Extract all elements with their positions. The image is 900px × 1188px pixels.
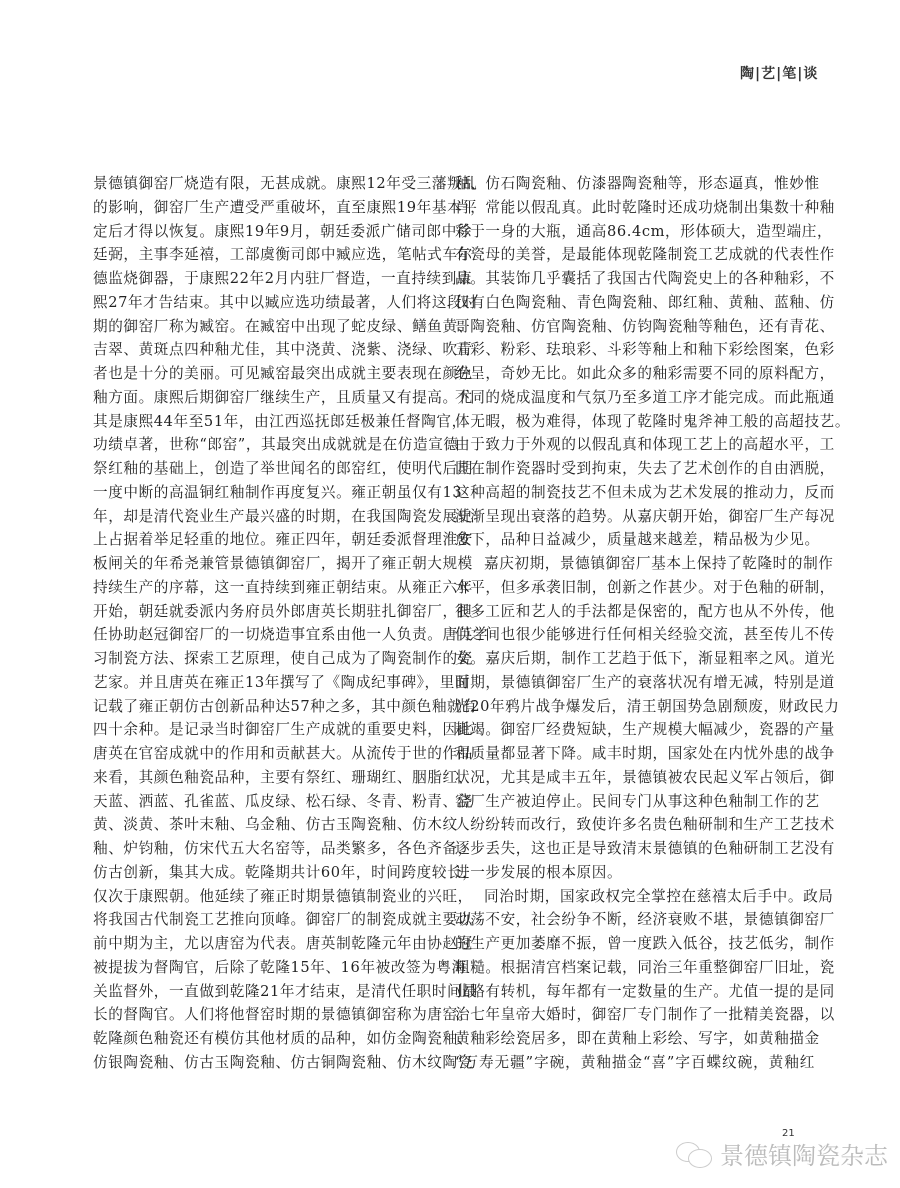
text-line: 将我国古代制瓷工艺推向顶峰。御窑厂的制瓷成就主要以 [93, 908, 453, 932]
text-line: 祭红釉的基础上，创造了举世闻名的郎窑红，使明代后期 [93, 457, 453, 481]
text-line: 彩于一身的大瓶，通高86.4cm，形体硕大，造型端庄， [455, 220, 815, 244]
text-line: 期的御窑厂称为臧窑。在臧窑中出现了蛇皮绿、鳝鱼黄、 [93, 315, 453, 339]
text-line: 匠在制作瓷器时受到拘束，失去了艺术创作的自由洒脱， [455, 457, 815, 481]
section-header: 陶|艺|笔|谈 [740, 63, 818, 83]
text-line: 年，却是清代瓷业生产最兴盛的时期，在我国陶瓷发展史 [93, 505, 453, 529]
text-line: 四十余种。是记录当时御窑厂生产成就的重要史料，因此 [93, 718, 453, 742]
text-line: 哥陶瓷釉、仿官陶瓷釉、仿钧陶瓷釉等釉色，还有青花、 [455, 315, 815, 339]
text-line: 进一步发展的根本原因。 [455, 861, 815, 885]
text-line: 嘉庆初期，景德镇御窑厂基本上保持了乾隆时的制作 [455, 552, 815, 576]
text-line: 习制瓷方法、探索工艺原理，使自己成为了陶瓷制作的瓷 [93, 647, 453, 671]
text-line: 这种高超的制瓷技艺不但未成为艺术发展的推动力，反而 [455, 481, 815, 505]
text-line: 任协助赵冠御窑厂的一切烧造事宜系由他一人负责。唐英学 [93, 623, 453, 647]
text-line: 时期，景德镇御窑厂生产的衰落状况有增无减，特别是道 [455, 671, 815, 695]
text-line: 唐英在官窑成就中的作用和贡献甚大。从流传于世的作品 [93, 742, 453, 766]
text-line: 和质量都显著下降。咸丰时期，国家处在内忧外患的战争 [455, 742, 815, 766]
text-line: 女。嘉庆后期，制作工艺趋于低下，渐显粗率之风。道光 [455, 647, 815, 671]
text-line: 的影响，御窑厂生产遭受严重破坏，直至康熙19年基本平 [93, 196, 453, 220]
text-line: 釉方面。康熙后期御窑厂继续生产，且质量又有提高。尤 [93, 386, 453, 410]
text-line: 窑厂生产被迫停止。民间专门从事这种色釉制工作的艺 [455, 790, 815, 814]
text-line: 治七年皇帝大婚时，御窑厂专门制作了一批精美瓷器，以 [455, 1003, 815, 1027]
text-line: 业略有转机，每年都有一定数量的生产。尤值一提的是同 [455, 980, 815, 1004]
text-line: 们之间也很少能够进行任何相关经验交流，甚至传儿不传 [455, 623, 815, 647]
text-line: 渐渐呈现出衰落的趋势。从嘉庆朝开始，御窑厂生产每况 [455, 505, 815, 529]
text-line: 艺家。并且唐英在雍正13年撰写了《陶成纪事碑》，里面 [93, 671, 453, 695]
text-line: 水平，但多承袭旧制，创新之作甚少。对于色釉的研制， [455, 576, 815, 600]
text-line: 不同的烧成温度和气氛乃至多道工序才能完成。而此瓶通 [455, 386, 815, 410]
text-line: 廷弼，主事李延禧，工部虞衡司郎中臧应选，笔帖式车尔 [93, 243, 453, 267]
text-line: 釉、仿石陶瓷釉、仿漆器陶瓷釉等，形态逼真，惟妙惟 [455, 172, 815, 196]
text-line: 耗竭。御窑厂经费短缺，生产规模大幅减少，瓷器的产量 [455, 718, 815, 742]
text-line: 定后才得以恢复。康熙19年9月，朝廷委派广储司郎中徐 [93, 220, 453, 244]
text-line: 愈下，品种日益减少，质量越来越差，精品极为少见。 [455, 528, 815, 552]
text-line: 同治时期，国家政权完全掌控在慈禧太后手中。政局 [455, 885, 815, 909]
text-line: 仿古创新，集其大成。乾隆期共计60年，时间跨度较长， [93, 861, 453, 885]
text-line: 由于致力于外观的以假乱真和体现工艺上的高超水平，工 [455, 433, 815, 457]
text-line: 功绩卓著，世称“郎窑”，其最突出成就就是在仿造宣德 [93, 433, 453, 457]
text-line: 纷呈，奇妙无比。如此众多的釉彩需要不同的原料配方， [455, 362, 815, 386]
text-line: 板闸关的年希尧兼管景德镇御窑厂，揭开了雍正朝大规模 [93, 552, 453, 576]
text-line: 仿银陶瓷釉、仿古玉陶瓷釉、仿古铜陶瓷釉、仿木纹陶瓷 [93, 1051, 453, 1075]
text-line: 釉、炉钧釉，仿宋代五大名窑等，品类繁多，各色齐备， [93, 837, 453, 861]
text-line: 者也是十分的美丽。可见臧窑最突出成就主要表现在颜色 [93, 362, 453, 386]
text-line: 有瓷母的美誉，是最能体现乾隆制瓷工艺成就的代表性作 [455, 243, 815, 267]
text-line: 景德镇御窑厂烧造有限，无甚成就。康熙12年受三藩叛乱 [93, 172, 453, 196]
text-line: 动荡不安，社会纷争不断，经济衰败不堪，景德镇御窑厂 [455, 908, 815, 932]
text-line: 仅次于康熙朝。他延续了雍正时期景德镇制瓷业的兴旺， [93, 885, 453, 909]
text-line: 吉翠、黄斑点四种釉尤佳，其中浇黄、浇紫、浇绿、吹青 [93, 338, 453, 362]
text-line: 乾隆颜色釉瓷还有模仿其他材质的品种，如仿金陶瓷釉、 [93, 1027, 453, 1051]
text-line: 开始，朝廷就委派内务府员外郎唐英长期驻扎御窑厂，担 [93, 600, 453, 624]
text-line: 粗糙。根据清宫档案记载，同治三年重整御窑厂旧址，瓷 [455, 956, 815, 980]
text-line: 体无暇，极为难得，体现了乾隆时鬼斧神工般的高超技艺。 [455, 410, 815, 434]
text-line: 光20年鸦片战争爆发后，清王朝国势急剧颓废，财政民力 [455, 695, 815, 719]
text-line: 德监烧御器，于康熙22年2月内驻厂督造，一直持续到康 [93, 267, 453, 291]
text-line: 黄、淡黄、茶叶末釉、乌金釉、仿古玉陶瓷釉、仿木纹 [93, 813, 453, 837]
wechat-icon [676, 1140, 714, 1168]
text-line: 人纷纷转而改行，致使许多名贵色釉研制和生产工艺技术 [455, 813, 815, 837]
text-line: 长的督陶官。人们将他督窑时期的景德镇御窑称为唐窑。 [93, 1003, 453, 1027]
watermark: 景德镇陶瓷杂志 [676, 1136, 888, 1171]
text-line: 仅有白色陶瓷釉、青色陶瓷釉、郎红釉、黄釉、蓝釉、仿 [455, 291, 815, 315]
text-line: 一度中断的高温铜红釉制作再度复兴。雍正朝虽仅有13 [93, 481, 453, 505]
text-line: 熙27年才告结束。其中以臧应选功绩最著，人们将这段时 [93, 291, 453, 315]
text-line: 关监督外，一直做到乾隆21年才结束，是清代任职时间最 [93, 980, 453, 1004]
text-line: 的生产更加萎靡不振，曾一度跌入低谷，技艺低劣，制作 [455, 932, 815, 956]
watermark-text: 景德镇陶瓷杂志 [720, 1136, 888, 1171]
text-line: 前中期为主，尤以唐窑为代表。唐英制乾隆元年由协赵冠 [93, 932, 453, 956]
text-line: 上占据着举足轻重的地位。雍正四年，朝廷委派督理淮安 [93, 528, 453, 552]
text-line: 品。其装饰几乎囊括了我国古代陶瓷史上的各种釉彩，不 [455, 267, 815, 291]
text-line: 肖，常能以假乱真。此时乾隆时还成功烧制出集数十种釉 [455, 196, 815, 220]
text-line: 记载了雍正朝仿古创新品种达57种之多，其中颜色釉就有 [93, 695, 453, 719]
text-line: 来看，其颜色釉瓷品种，主要有祭红、珊瑚红、胭脂红、 [93, 766, 453, 790]
text-line: 黄釉彩绘瓷居多，即在黄釉上彩绘、写字，如黄釉描金 [455, 1027, 815, 1051]
text-line: 被提拔为督陶官，后除了乾隆15年、16年被改签为粤海 [93, 956, 453, 980]
text-line: 五彩、粉彩、珐琅彩、斗彩等釉上和釉下彩绘图案，色彩 [455, 338, 815, 362]
text-line: “万寿无疆”字碗，黄釉描金“喜”字百蝶纹碗，黄釉红 [455, 1051, 815, 1075]
right-column: 釉、仿石陶瓷釉、仿漆器陶瓷釉等，形态逼真，惟妙惟肖，常能以假乱真。此时乾隆时还成… [455, 172, 815, 1075]
text-line: 很多工匠和艺人的手法都是保密的，配方也从不外传，他 [455, 600, 815, 624]
text-line: 其是康熙44年至51年，由江西巡抚郎廷极兼任督陶官， [93, 410, 453, 434]
text-line: 持续生产的序幕，这一直持续到雍正朝结束。从雍正六年 [93, 576, 453, 600]
text-line: 逐步丢失，这也正是导致清末景德镇的色釉研制工艺没有 [455, 837, 815, 861]
text-line: 状况，尤其是咸丰五年，景德镇被农民起义军占领后，御 [455, 766, 815, 790]
left-column: 景德镇御窑厂烧造有限，无甚成就。康熙12年受三藩叛乱的影响，御窑厂生产遭受严重破… [93, 172, 453, 1075]
text-line: 天蓝、洒蓝、孔雀蓝、瓜皮绿、松石绿、冬青、粉青、浇 [93, 790, 453, 814]
